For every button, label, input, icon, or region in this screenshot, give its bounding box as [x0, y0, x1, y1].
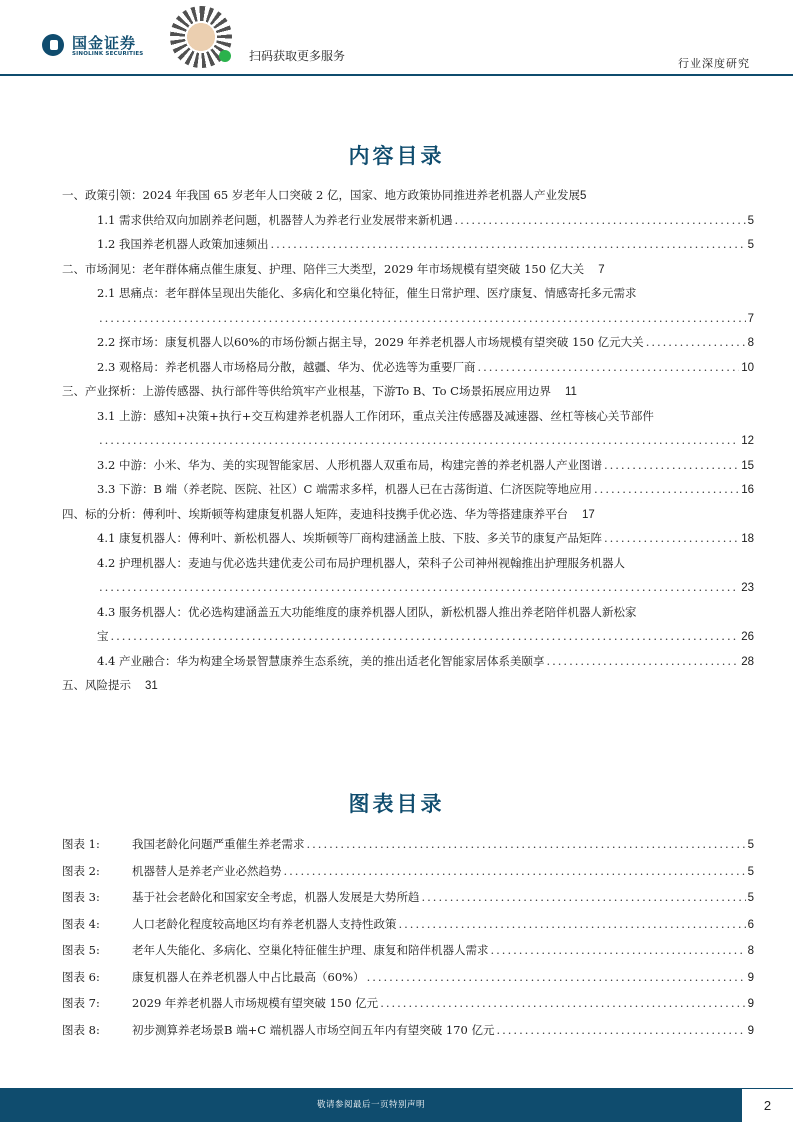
toc-item-text: 4.4 产业融合：华为构建全场景智慧康养生态系统，美的推出适老化智能家居体系美颐… — [97, 654, 544, 668]
toc-item-4-4[interactable]: 4.4 产业融合：华为构建全场景智慧康养生态系统，美的推出适老化智能家居体系美颐… — [62, 654, 754, 679]
figure-page: 5 — [748, 892, 754, 904]
toc-item-page: 23 — [741, 581, 754, 595]
list-of-figures: 图表 1:我国老龄化问题严重催生养老需求5 图表 2:机器替人是养老产业必然趋势… — [62, 836, 754, 1048]
toc-item-page: 7 — [598, 263, 604, 277]
toc-leader-dots — [111, 629, 740, 643]
toc-item-1-2[interactable]: 1.2 我国养老机器人政策加速频出5 — [62, 237, 754, 262]
toc-item-page: 28 — [741, 655, 754, 669]
toc-item-2-2[interactable]: 2.2 探市场：康复机器人以60%的市场份额占据主导，2029 年养老机器人市场… — [62, 335, 754, 360]
toc-item-page: 16 — [741, 483, 754, 497]
figure-label: 图表 4: — [62, 916, 132, 932]
toc-leader-dots — [422, 890, 746, 904]
figure-label: 图表 8: — [62, 1022, 132, 1038]
toc-item-5[interactable]: 五、风险提示31 — [62, 678, 754, 703]
toc-item-text: 3.1 上游：感知+决策+执行+交互构建养老机器人工作闭环，重点关注传感器及减速… — [97, 409, 654, 423]
toc-item-page: 31 — [145, 679, 158, 693]
toc-item-1-1[interactable]: 1.1 需求供给双向加剧养老问题，机器替人为养老行业发展带来新机遇5 — [62, 213, 754, 238]
toc-leader-dots — [604, 458, 739, 472]
toc-item-page: 26 — [741, 630, 754, 644]
figure-page: 6 — [748, 919, 754, 931]
toc-leader-dots — [399, 917, 746, 931]
toc-item-text: 3.2 中游：小米、华为、美的实现智能家居、人形机器人双重布局，构建完善的养老机… — [97, 458, 602, 472]
toc-title: 内容目录 — [0, 140, 793, 170]
toc-leader-dots — [491, 943, 746, 957]
figure-page: 9 — [748, 972, 754, 984]
mini-program-badge-icon — [219, 50, 231, 62]
toc-item-page: 12 — [741, 434, 754, 448]
toc-item-text: 4.1 康复机器人：傅利叶、新松机器人、埃斯顿等厂商构建涵盖上肢、下肢、多关节的… — [97, 531, 602, 545]
toc-item-page: 5 — [748, 214, 754, 228]
toc-item-text: 4.3 服务机器人：优必选构建涵盖五大功能维度的康养机器人团队，新松机器人推出养… — [97, 605, 636, 619]
figure-item-7[interactable]: 图表 7:2029 年养老机器人市场规模有望突破 150 亿元9 — [62, 995, 754, 1022]
toc-item-text-continued: 宝 — [97, 629, 109, 643]
table-of-contents: 一、政策引领：2024 年我国 65 岁老年人口突破 2 亿，国家、地方政策协同… — [62, 188, 754, 703]
toc-item-4-3[interactable]: 4.3 服务机器人：优必选构建涵盖五大功能维度的康养机器人团队，新松机器人推出养… — [62, 605, 754, 654]
scan-prompt: 扫码获取更多服务 — [249, 47, 345, 64]
toc-item-4-2[interactable]: 4.2 护理机器人：麦迪与优必选共建优麦公司布局护理机器人，荣科子公司神州视翰推… — [62, 556, 754, 605]
page-number-box: 2 — [742, 1088, 793, 1122]
figure-item-2[interactable]: 图表 2:机器替人是养老产业必然趋势5 — [62, 863, 754, 890]
figure-item-5[interactable]: 图表 5:老年人失能化、多病化、空巢化特征催生护理、康复和陪伴机器人需求8 — [62, 942, 754, 969]
toc-item-text: 1.2 我国养老机器人政策加速频出 — [97, 237, 268, 251]
toc-item-3[interactable]: 三、产业探析：上游传感器、执行部件等供给筑牢产业根基，下游To B、To C场景… — [62, 384, 754, 409]
toc-item-text: 五、风险提示 — [62, 678, 131, 692]
toc-leader-dots — [594, 482, 739, 496]
toc-item-page: 11 — [565, 385, 577, 399]
figure-page: 9 — [748, 998, 754, 1010]
toc-leader-dots — [99, 580, 739, 594]
figure-page: 5 — [748, 839, 754, 851]
figure-item-1[interactable]: 图表 1:我国老龄化问题严重催生养老需求5 — [62, 836, 754, 863]
figure-item-4[interactable]: 图表 4:人口老龄化程度较高地区均有养老机器人支持性政策6 — [62, 916, 754, 943]
toc-item-text: 2.1 思痛点：老年群体呈现出失能化、多病化和空巢化特征，催生日常护理、医疗康复… — [97, 286, 636, 300]
figure-item-8[interactable]: 图表 8:初步测算养老场景B 端+C 端机器人市场空间五年内有望突破 170 亿… — [62, 1022, 754, 1049]
figure-label: 图表 6: — [62, 969, 132, 985]
figure-title: 老年人失能化、多病化、空巢化特征催生护理、康复和陪伴机器人需求 — [132, 942, 489, 958]
page-header: 国金证券 SINOLINK SECURITIES 扫码获取更多服务 行业深度研究 — [0, 0, 793, 76]
figure-page: 9 — [748, 1025, 754, 1037]
header-divider — [0, 74, 793, 76]
toc-leader-dots — [380, 996, 745, 1010]
toc-leader-dots — [99, 433, 739, 447]
toc-item-text: 四、标的分析：傅利叶、埃斯顿等构建康复机器人矩阵，麦迪科技携手优必选、华为等搭建… — [62, 507, 568, 521]
footer-disclaimer: 敬请参阅最后一页特别声明 — [0, 1088, 742, 1122]
toc-item-page: 5 — [748, 238, 754, 252]
toc-item-text: 3.3 下游：B 端（养老院、医院、社区）C 端需求多样，机器人已在古荡街道、仁… — [97, 482, 592, 496]
toc-item-text: 二、市场洞见：老年群体痛点催生康复、护理、陪伴三大类型，2029 年市场规模有望… — [62, 262, 584, 276]
toc-leader-dots — [496, 1023, 745, 1037]
figure-title: 2029 年养老机器人市场规模有望突破 150 亿元 — [132, 995, 378, 1011]
figure-title: 康复机器人在养老机器人中占比最高（60%） — [132, 969, 365, 985]
figure-page: 8 — [748, 945, 754, 957]
figures-title: 图表目录 — [0, 788, 793, 818]
logo-cn-text: 国金证券 — [72, 32, 136, 53]
figure-item-3[interactable]: 图表 3:基于社会老龄化和国家安全考虑，机器人发展是大势所趋5 — [62, 889, 754, 916]
toc-item-2[interactable]: 二、市场洞见：老年群体痛点催生康复、护理、陪伴三大类型，2029 年市场规模有望… — [62, 262, 754, 287]
figure-label: 图表 1: — [62, 836, 132, 852]
toc-leader-dots — [546, 654, 739, 668]
toc-leader-dots — [284, 864, 746, 878]
toc-item-text: 2.2 探市场：康复机器人以60%的市场份额占据主导，2029 年养老机器人市场… — [97, 335, 644, 349]
toc-item-page: 5 — [580, 189, 586, 203]
toc-item-page: 7 — [748, 312, 754, 326]
toc-item-1[interactable]: 一、政策引领：2024 年我国 65 岁老年人口突破 2 亿，国家、地方政策协同… — [62, 188, 754, 213]
toc-item-page: 17 — [582, 508, 595, 522]
footer-bar: 敬请参阅最后一页特别声明 — [0, 1088, 742, 1122]
toc-leader-dots — [646, 335, 746, 349]
toc-item-text: 三、产业探析：上游传感器、执行部件等供给筑牢产业根基，下游To B、To C场景… — [62, 384, 551, 398]
figure-title: 机器替人是养老产业必然趋势 — [132, 863, 282, 879]
toc-item-3-3[interactable]: 3.3 下游：B 端（养老院、医院、社区）C 端需求多样，机器人已在古荡街道、仁… — [62, 482, 754, 507]
toc-item-page: 15 — [741, 459, 754, 473]
sinolink-logo: 国金证券 SINOLINK SECURITIES — [42, 32, 154, 62]
figure-title: 基于社会老龄化和国家安全考虑，机器人发展是大势所趋 — [132, 889, 420, 905]
toc-leader-dots — [454, 213, 745, 227]
figure-label: 图表 2: — [62, 863, 132, 879]
toc-item-text: 一、政策引领：2024 年我国 65 岁老年人口突破 2 亿，国家、地方政策协同… — [62, 188, 580, 202]
toc-item-text: 2.3 观格局：养老机器人市场格局分散，越疆、华为、优必选等为重要厂商 — [97, 360, 475, 374]
toc-leader-dots — [367, 970, 746, 984]
logo-mark-icon — [42, 34, 64, 56]
toc-item-page: 8 — [748, 336, 754, 350]
toc-item-3-1[interactable]: 3.1 上游：感知+决策+执行+交互构建养老机器人工作闭环，重点关注传感器及减速… — [62, 409, 754, 458]
figure-page: 5 — [748, 866, 754, 878]
figure-label: 图表 3: — [62, 889, 132, 905]
page-number: 2 — [742, 1089, 793, 1122]
toc-item-3-2[interactable]: 3.2 中游：小米、华为、美的实现智能家居、人形机器人双重布局，构建完善的养老机… — [62, 458, 754, 483]
toc-item-text: 1.1 需求供给双向加剧养老问题，机器替人为养老行业发展带来新机遇 — [97, 213, 452, 227]
toc-item-page: 18 — [741, 532, 754, 546]
toc-item-2-3[interactable]: 2.3 观格局：养老机器人市场格局分散，越疆、华为、优必选等为重要厂商10 — [62, 360, 754, 385]
figure-item-6[interactable]: 图表 6:康复机器人在养老机器人中占比最高（60%）9 — [62, 969, 754, 996]
toc-item-page: 10 — [741, 361, 754, 375]
figure-title: 我国老龄化问题严重催生养老需求 — [132, 836, 305, 852]
logo-en-text: SINOLINK SECURITIES — [72, 51, 143, 57]
toc-item-text: 4.2 护理机器人：麦迪与优必选共建优麦公司布局护理机器人，荣科子公司神州视翰推… — [97, 556, 625, 570]
toc-item-2-1[interactable]: 2.1 思痛点：老年群体呈现出失能化、多病化和空巢化特征，催生日常护理、医疗康复… — [62, 286, 754, 335]
report-type-label: 行业深度研究 — [678, 55, 750, 71]
figure-label: 图表 7: — [62, 995, 132, 1011]
toc-leader-dots — [307, 837, 746, 851]
figure-title: 初步测算养老场景B 端+C 端机器人市场空间五年内有望突破 170 亿元 — [132, 1022, 494, 1038]
toc-leader-dots — [99, 311, 746, 325]
toc-item-4-1[interactable]: 4.1 康复机器人：傅利叶、新松机器人、埃斯顿等厂商构建涵盖上肢、下肢、多关节的… — [62, 531, 754, 556]
figure-title: 人口老龄化程度较高地区均有养老机器人支持性政策 — [132, 916, 397, 932]
toc-leader-dots — [604, 531, 739, 545]
toc-leader-dots — [270, 237, 745, 251]
toc-leader-dots — [477, 360, 739, 374]
toc-item-4[interactable]: 四、标的分析：傅利叶、埃斯顿等构建康复机器人矩阵，麦迪科技携手优必选、华为等搭建… — [62, 507, 754, 532]
figure-label: 图表 5: — [62, 942, 132, 958]
